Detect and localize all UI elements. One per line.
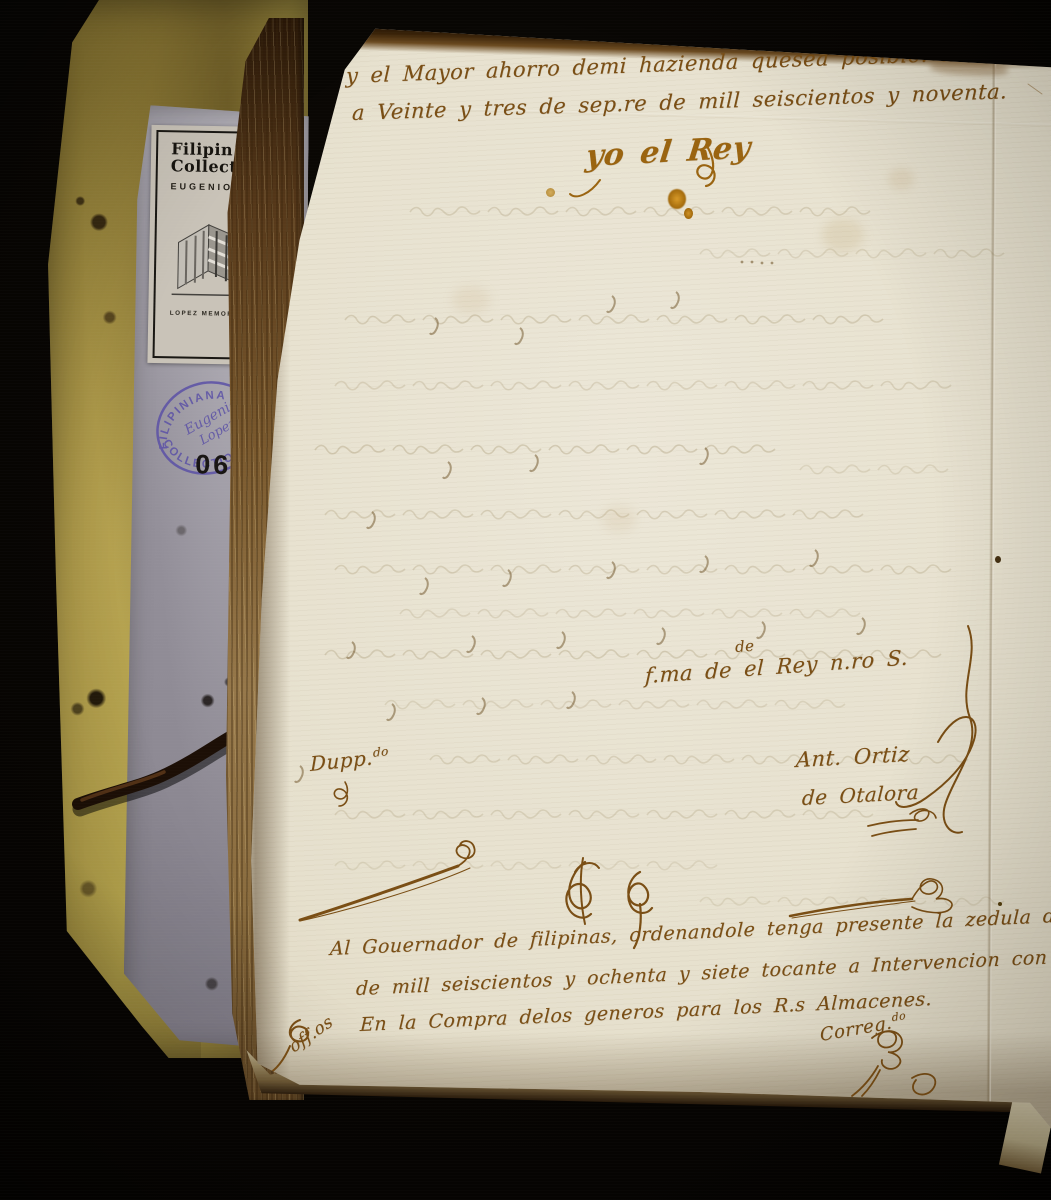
manuscript-photograph: Filipin Collect EUGENIO <box>0 0 1051 1200</box>
